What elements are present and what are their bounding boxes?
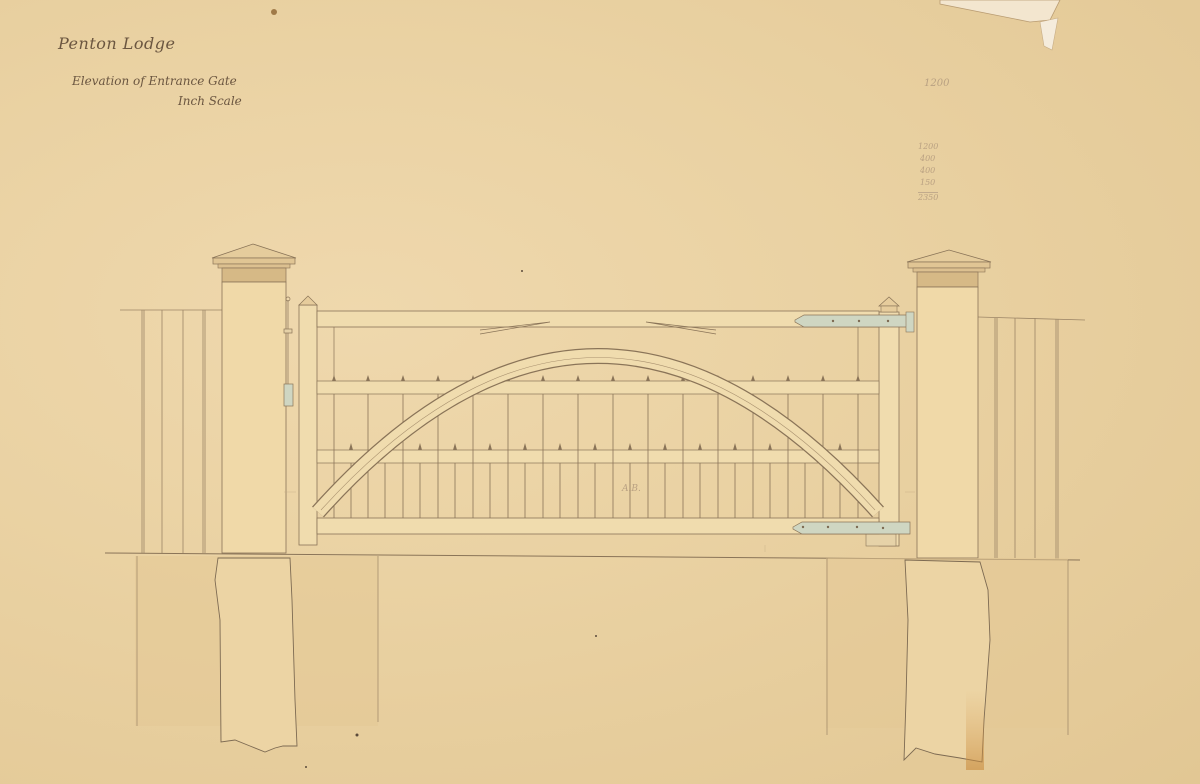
water-stain bbox=[966, 690, 984, 770]
left-pier-foundation bbox=[135, 556, 378, 752]
right-gate-pier bbox=[907, 250, 991, 558]
gate-lower-middle-rail bbox=[317, 450, 879, 463]
gate-bottom-hinge bbox=[793, 522, 910, 534]
gate-upper-middle-rail bbox=[317, 381, 879, 394]
entrance-gate bbox=[299, 296, 899, 546]
right-pier-foundation bbox=[826, 558, 1068, 770]
left-close-boarded-fence bbox=[120, 310, 222, 553]
gate-latch-stile bbox=[299, 305, 317, 545]
gate-elevation-drawing bbox=[0, 0, 1200, 784]
gate-top-rail bbox=[317, 311, 879, 327]
paper-tear bbox=[940, 0, 1060, 50]
gate-hanging-stile bbox=[879, 312, 899, 546]
left-stile-finial bbox=[299, 296, 317, 305]
left-gate-pier bbox=[212, 244, 296, 553]
drawing-sheet: Penton Lodge Elevation of Entrance Gate … bbox=[0, 0, 1200, 784]
right-close-boarded-fence bbox=[978, 317, 1085, 559]
right-stile-finial bbox=[879, 297, 899, 306]
